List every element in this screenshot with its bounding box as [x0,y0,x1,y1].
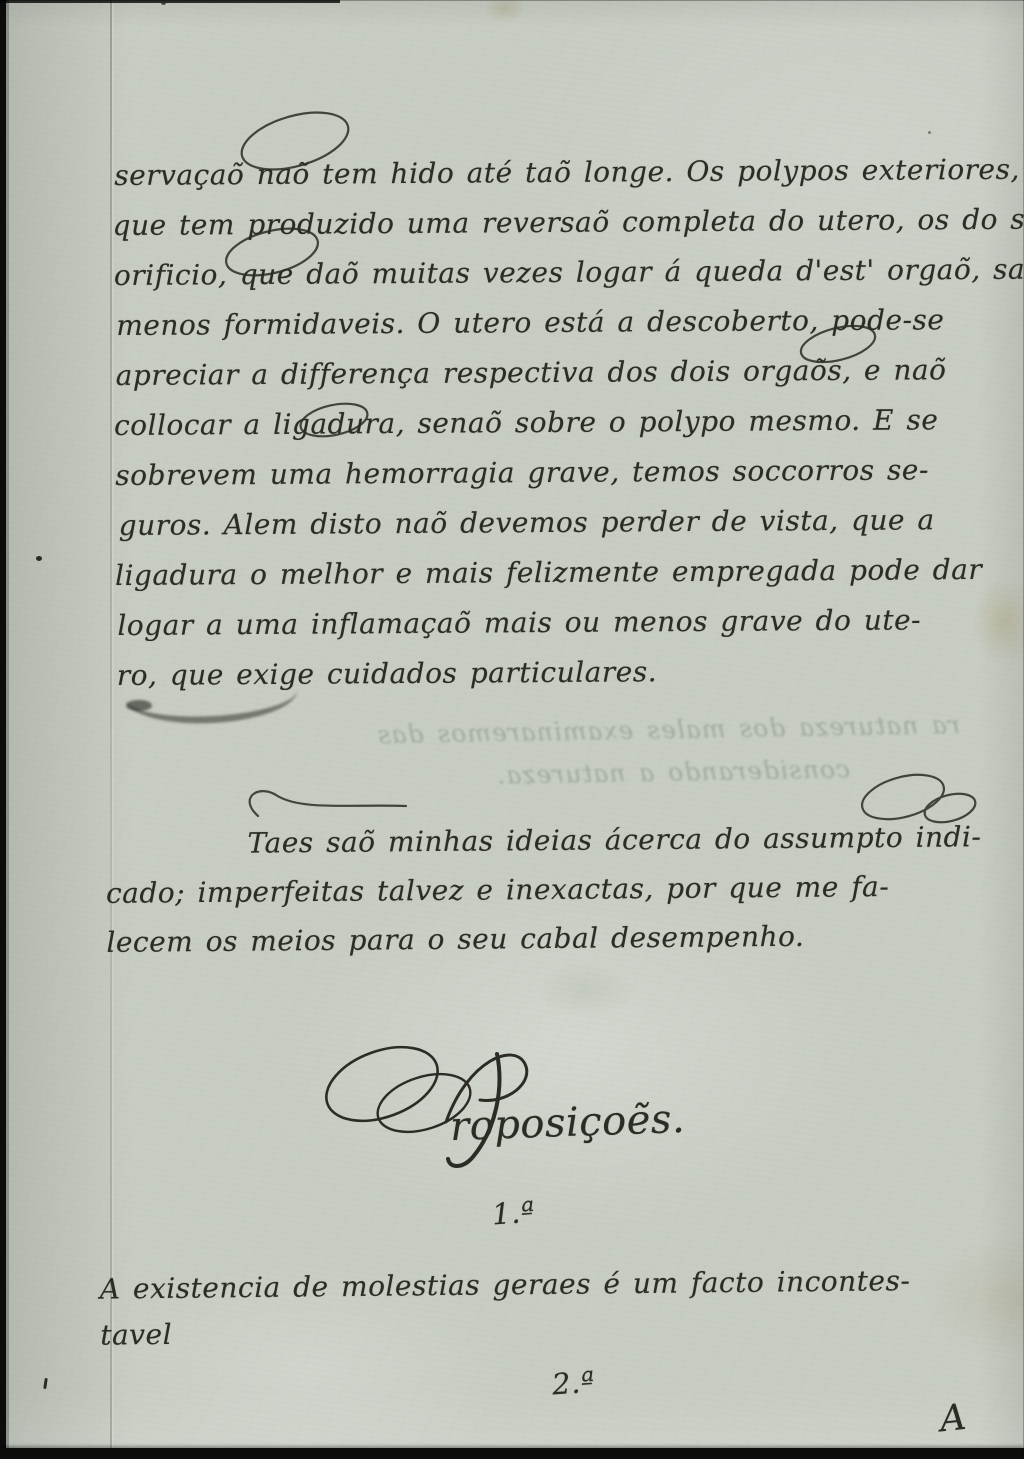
manuscript-page: ra natureza dos males examinaremos das c… [0,0,1024,1459]
ink-speck [928,131,931,134]
ink-speck [36,556,42,561]
page-left-edge-shadow [6,0,9,1459]
ink-speck [161,1,166,5]
page-bottom-edge [0,1448,1024,1459]
pen-flourish-strokes-icon [0,0,1024,1459]
page-top-edge-line [0,0,1024,1]
